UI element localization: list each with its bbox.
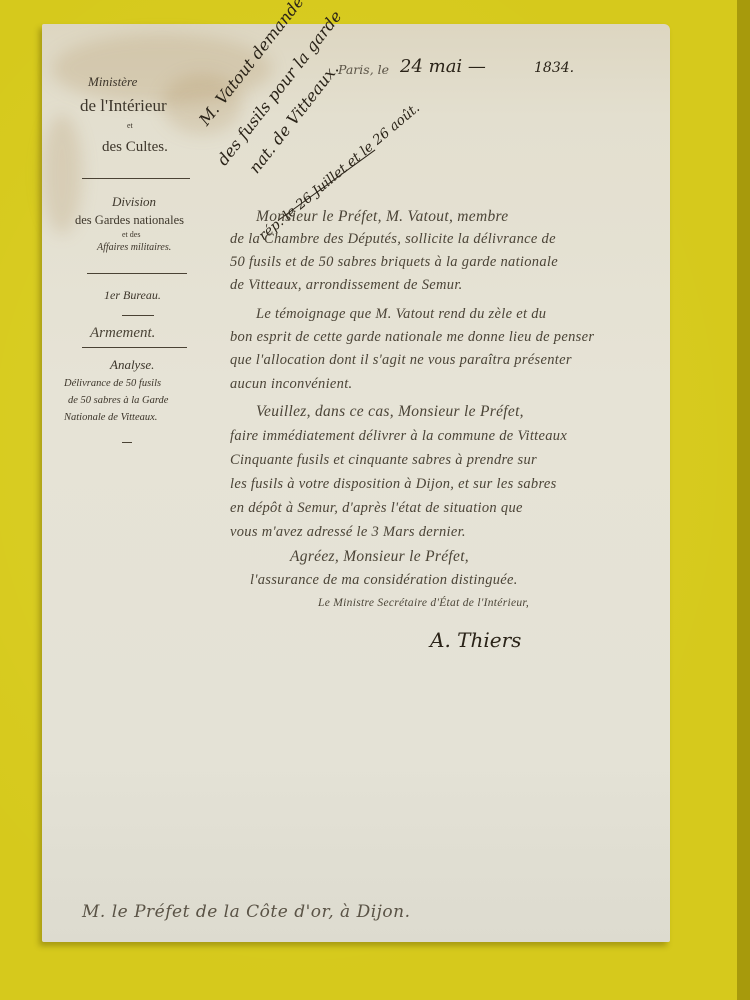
- dateline-day-month: 24 mai —: [400, 56, 486, 77]
- ministry-line3: et: [127, 121, 133, 130]
- body-line: les fusils à votre disposition à Dijon, …: [230, 476, 557, 493]
- body-line: faire immédiatement délivrer à la commun…: [230, 428, 567, 445]
- body-line: 50 fusils et de 50 sabres briquets à la …: [230, 254, 558, 271]
- dateline-year: 1834.: [534, 60, 574, 76]
- ministry-line4: des Cultes.: [102, 139, 168, 156]
- ornament-divider: [82, 178, 190, 179]
- dateline-place: Paris, le: [338, 62, 389, 77]
- division-line1: des Gardes nationales: [75, 213, 184, 228]
- ornament-divider: [82, 347, 187, 348]
- body-line: vous m'avez adressé le 3 Mars dernier.: [230, 524, 466, 541]
- ministry-line2: de l'Intérieur: [80, 96, 167, 116]
- body-line: bon esprit de cette garde nationale me d…: [230, 329, 594, 346]
- body-line: de Vitteaux, arrondissement de Semur.: [230, 277, 463, 294]
- closing-line: Agréez, Monsieur le Préfet,: [290, 548, 469, 566]
- body-line: Monsieur le Préfet, M. Vatout, membre: [256, 208, 508, 226]
- analysis-line: de 50 sabres à la Garde: [68, 395, 168, 406]
- letter-paper: Ministère de l'Intérieur et des Cultes. …: [42, 24, 670, 942]
- analysis-line: Délivrance de 50 fusils: [64, 378, 161, 389]
- addressee: M. le Préfet de la Côte d'or, à Dijon.: [82, 902, 411, 922]
- signature-title: Le Ministre Secrétaire d'État de l'Intér…: [318, 597, 529, 609]
- ornament-divider: [87, 273, 187, 274]
- body-line: en dépôt à Semur, d'après l'état de situ…: [230, 500, 523, 517]
- analysis-line: Nationale de Vitteaux.: [64, 412, 157, 423]
- analysis-title: Analyse.: [110, 357, 154, 373]
- body-line: que l'allocation dont il s'agit ne vous …: [230, 352, 572, 369]
- closing-line: l'assurance de ma considération distingu…: [250, 572, 518, 589]
- body-line: Cinquante fusils et cinquante sabres à p…: [230, 452, 537, 469]
- background-edge-strip: [737, 0, 750, 1000]
- short-divider: [122, 442, 132, 443]
- subject-label: Armement.: [90, 325, 155, 342]
- division-title: Division: [112, 194, 156, 210]
- division-line3: Affaires militaires.: [97, 242, 171, 253]
- signature: A. Thiers: [430, 628, 521, 652]
- body-line: de la Chambre des Députés, sollicite la …: [230, 231, 556, 248]
- ministry-line1: Ministère: [88, 74, 137, 90]
- body-line: Veuillez, dans ce cas, Monsieur le Préfe…: [256, 403, 524, 421]
- division-line2: et des: [122, 230, 140, 239]
- body-line: aucun inconvénient.: [230, 376, 352, 393]
- bureau-label: 1er Bureau.: [104, 288, 161, 303]
- body-line: Le témoignage que M. Vatout rend du zèle…: [256, 306, 546, 323]
- short-divider: [122, 315, 154, 316]
